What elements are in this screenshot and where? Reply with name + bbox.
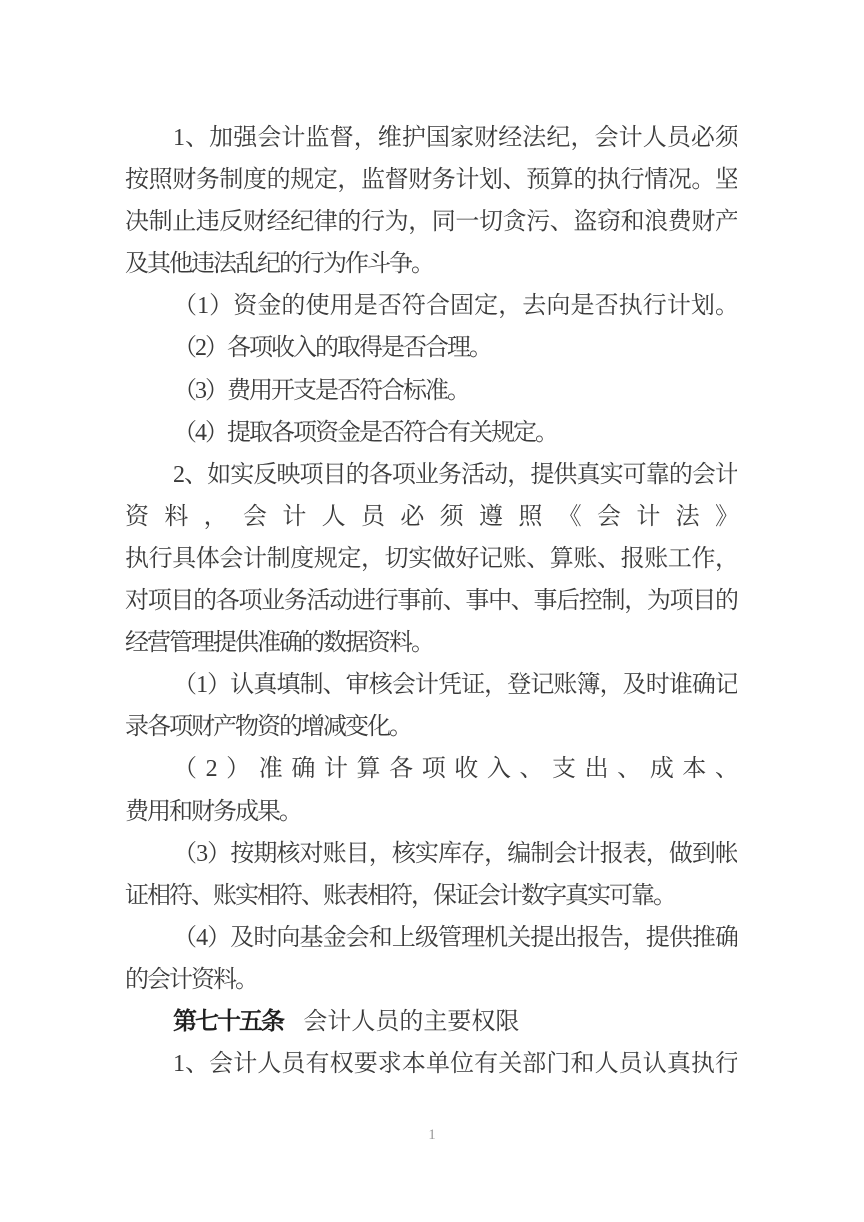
document-page: 1、加强会计监督，维护国家财经法纪，会计人员必须 按照财务制度的规定，监督财务计… <box>0 0 864 1222</box>
text-line: （1）资金的使用是否符合固定，去向是否执行计划。 <box>125 285 737 327</box>
text-line: （4）提取各项资金是否符合有关规定。 <box>125 412 737 454</box>
text-line: 费用和财务成果。 <box>125 791 737 833</box>
text-line: 的会计资料。 <box>125 959 737 1001</box>
text-line: 对项目的各项业务活动进行事前、事中、事后控制，为项目的 <box>125 580 737 622</box>
text-line: （3）费用开支是否符合标准。 <box>125 370 737 412</box>
text-line: 2、如实反映项目的各项业务活动，提供真实可靠的会计 <box>125 454 737 496</box>
text-line: 按照财务制度的规定，监督财务计划、预算的执行情况。坚 <box>125 159 737 201</box>
page-number: 1 <box>0 1127 864 1144</box>
text-line: 1、会计人员有权要求本单位有关部门和人员认真执行 <box>125 1043 737 1085</box>
text-line: （1）认真填制、审核会计凭证，登记账簿，及时谁确记 <box>125 664 737 706</box>
text-line: （2）各项收入的取得是否合理。 <box>125 327 737 369</box>
text-line: 1、加强会计监督，维护国家财经法纪，会计人员必须 <box>125 117 737 159</box>
text-line: （3）按期核对账目，核实库存，编制会计报表，做到帐 <box>125 833 737 875</box>
text-line: 录各项财产物资的增减变化。 <box>125 706 737 748</box>
text-line: 经营管理提供准确的数据资料。 <box>125 622 737 664</box>
text-line: 执行具体会计制度规定，切实做好记账、算账、报账工作， <box>125 538 737 580</box>
text-line: 及其他违法乱纪的行为作斗争。 <box>125 243 737 285</box>
section-heading-title: 会计人员的主要权限 <box>303 1009 519 1035</box>
text-line: 证相符、账实相符、账表相符，保证会计数字真实可靠。 <box>125 875 737 917</box>
text-line: 决制止违反财经纪律的行为，同一切贪污、盗窃和浪费财产 <box>125 201 737 243</box>
text-line: （2）准确计算各项收入、支出、成本、 <box>125 748 737 790</box>
text-block: 1、加强会计监督，维护国家财经法纪，会计人员必须 按照财务制度的规定，监督财务计… <box>125 117 737 1085</box>
section-heading-number: 第七十五条 <box>173 1009 283 1035</box>
section-heading: 第七十五条会计人员的主要权限 <box>125 1001 737 1043</box>
text-line: 资料，会计人员必须遵照《会计法》 <box>125 496 737 538</box>
text-line: （4）及时向基金会和上级管理机关提出报告，提供推确 <box>125 917 737 959</box>
